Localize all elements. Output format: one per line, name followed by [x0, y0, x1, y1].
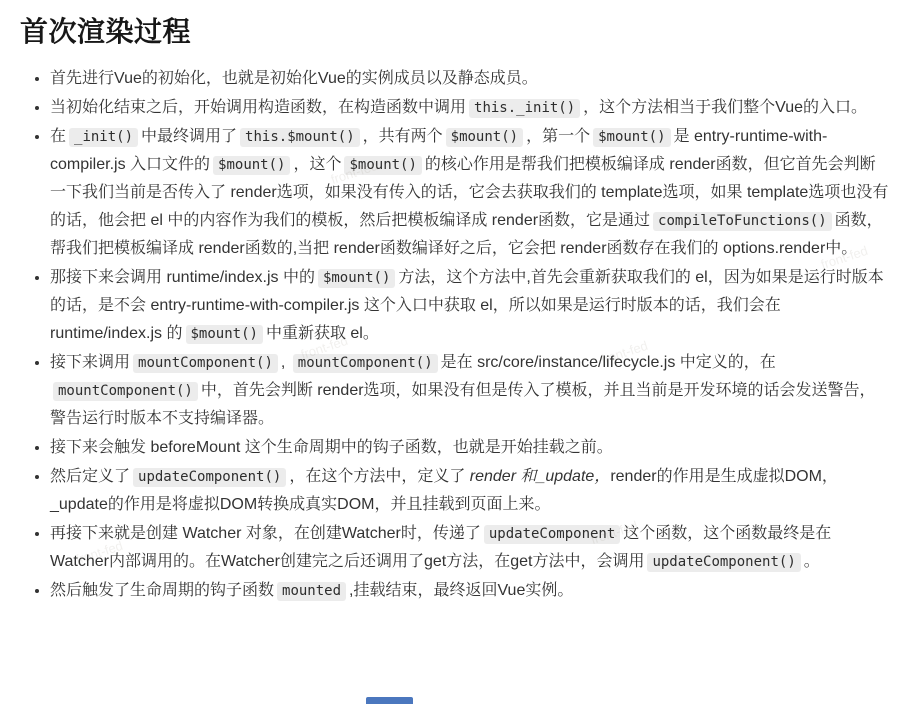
inline-code: compileToFunctions() — [653, 212, 832, 231]
inline-code: _init() — [69, 128, 138, 147]
list-item: 然后定义了updateComponent()，在这个方法中，定义了 render… — [50, 462, 889, 519]
inline-code: $mount() — [318, 269, 395, 288]
list-item: 再接下来就是创建 Watcher 对象，在创建Watcher时，传递了updat… — [50, 519, 889, 576]
list-item: 首先进行Vue的初始化，也就是初始化Vue的实例成员以及静态成员。 — [50, 64, 889, 93]
inline-code: updateComponent — [484, 525, 620, 544]
list-item: 然后触发了生命周期的钩子函数mounted,挂载结束，最终返回Vue实例。 — [50, 576, 889, 605]
inline-code: $mount() — [593, 128, 670, 147]
inline-code: this.$mount() — [240, 128, 360, 147]
inline-code: this._init() — [469, 99, 580, 118]
inline-code: mountComponent() — [293, 354, 438, 373]
list-item: 那接下来会调用 runtime/index.js 中的$mount()方法，这个… — [50, 263, 889, 348]
inline-code: mounted — [277, 582, 346, 601]
inline-code: mountComponent() — [53, 382, 198, 401]
inline-code: $mount() — [186, 325, 263, 344]
list-item: 接下来会触发 beforeMount 这个生命周期中的钩子函数，也就是开始挂载之… — [50, 433, 889, 462]
inline-code: updateComponent() — [133, 468, 286, 487]
page-title: 首次渲染过程 — [20, 10, 889, 50]
document-page: 首次渲染过程 首先进行Vue的初始化，也就是初始化Vue的实例成员以及静态成员。… — [0, 0, 915, 704]
inline-code: $mount() — [344, 156, 421, 175]
list-item: 当初始化结束之后，开始调用构造函数，在构造函数中调用this._init()，这… — [50, 93, 889, 122]
list-item: 接下来调用mountComponent(), mountComponent()是… — [50, 348, 889, 433]
process-list: 首先进行Vue的初始化，也就是初始化Vue的实例成员以及静态成员。当初始化结束之… — [20, 64, 889, 605]
inline-code: $mount() — [213, 156, 290, 175]
list-item: 在_init()中最终调用了this.$mount()，共有两个$mount()… — [50, 122, 889, 263]
cutoff-blue-element — [366, 697, 413, 704]
inline-code: mountComponent() — [133, 354, 278, 373]
inline-code: updateComponent() — [647, 553, 800, 572]
inline-code: $mount() — [446, 128, 523, 147]
emphasis-text: render 和_update， — [470, 468, 611, 485]
